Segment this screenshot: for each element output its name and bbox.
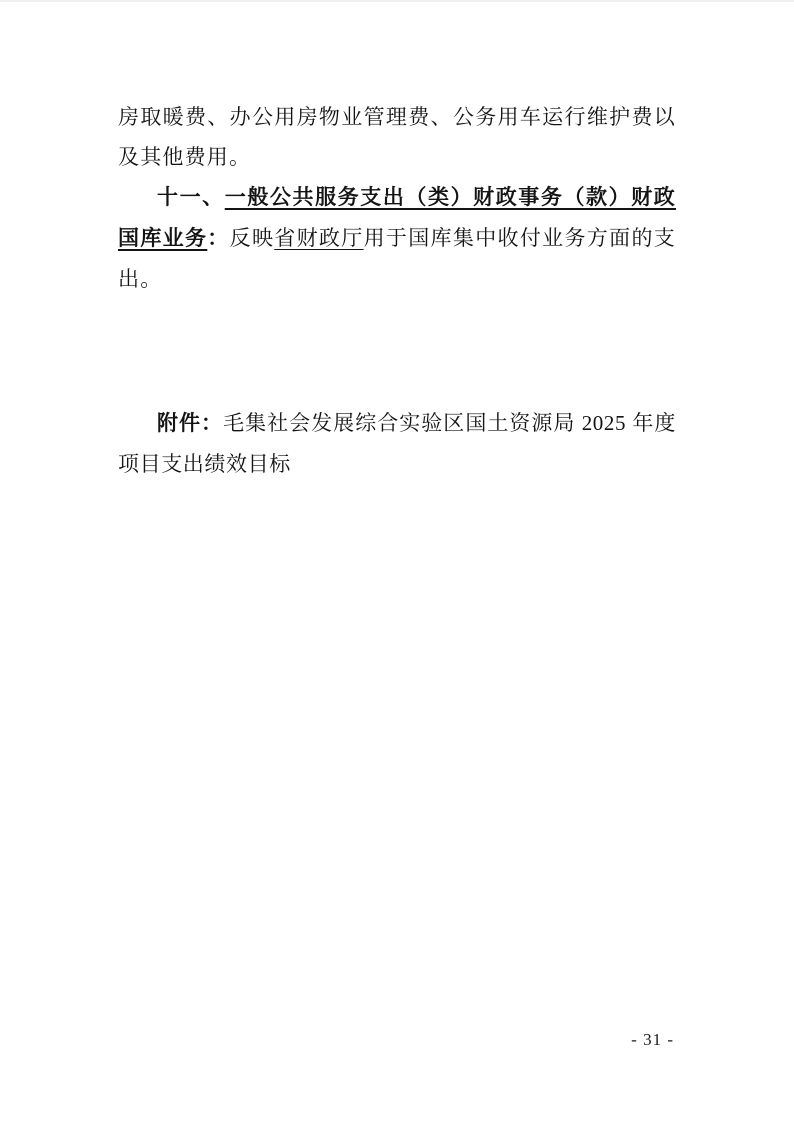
section-heading-colon: ： xyxy=(207,227,229,250)
section-number: 十一、 xyxy=(157,186,225,209)
proper-noun-provincial-finance-dept: 省财政厅 xyxy=(274,226,363,250)
paragraph-attachment: 附件：毛集社会发展综合实验区国土资源局 2025 年度项目支出绩效目标 xyxy=(118,403,676,484)
paragraph-expense-text: 房取暖费、办公用房物业管理费、公务用车运行维护费以及其他费用。 xyxy=(118,105,676,169)
page-number: - 31 - xyxy=(631,1030,674,1050)
attachment-label: 附件： xyxy=(157,412,223,435)
document-page: 房取暖费、办公用房物业管理费、公务用车运行维护费以及其他费用。 十一、一般公共服… xyxy=(0,0,794,1122)
paragraph-expense-continuation: 房取暖费、办公用房物业管理费、公务用车运行维护费以及其他费用。 xyxy=(118,97,676,177)
paragraph-section-eleven: 十一、一般公共服务支出（类）财政事务（款）财政国库业务：反映省财政厅用于国库集中… xyxy=(118,177,676,299)
document-body: 房取暖费、办公用房物业管理费、公务用车运行维护费以及其他费用。 十一、一般公共服… xyxy=(118,97,676,484)
section-body-lead: 反映 xyxy=(230,226,275,250)
